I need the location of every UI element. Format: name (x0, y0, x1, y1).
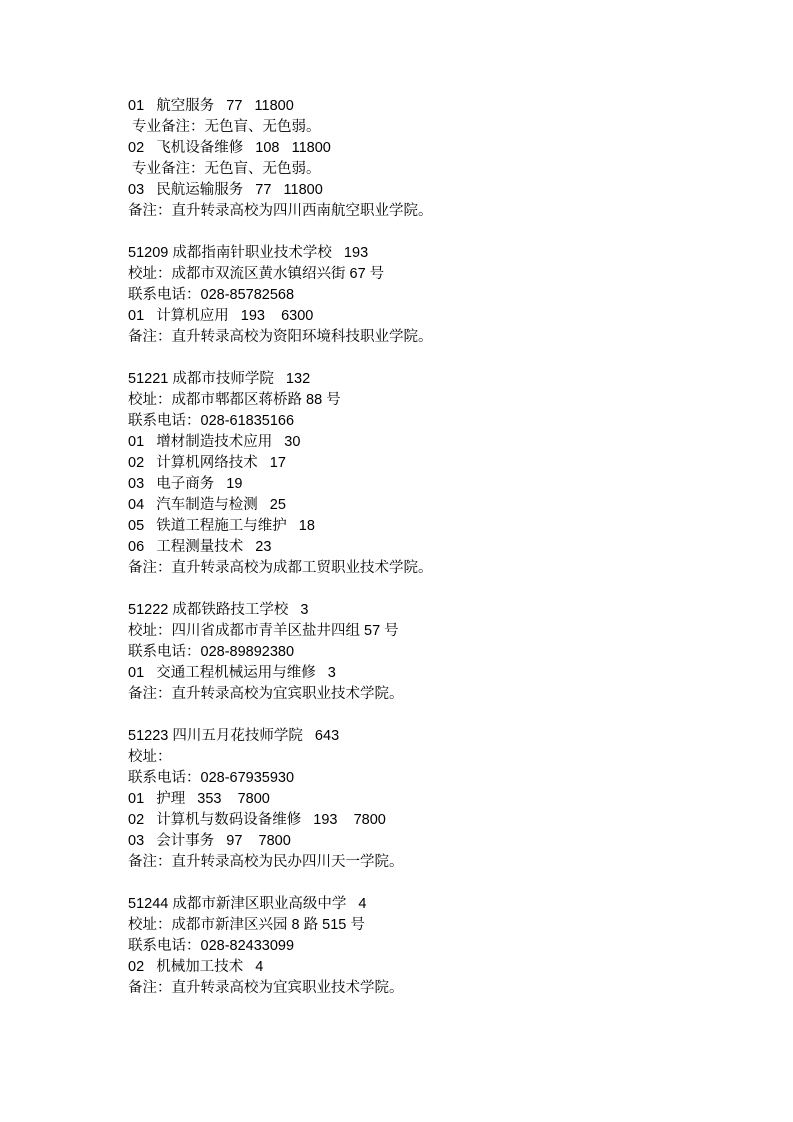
blank-line (128, 348, 753, 369)
blank-line (128, 873, 753, 894)
school-header-line: 51244 成都市新津区职业高级中学 4 (128, 894, 753, 915)
phone-line: 联系电话：028-61835166 (128, 411, 753, 432)
school-block-51222: 51222 成都铁路技工学校 3校址：四川省成都市青羊区盐井四组 57 号联系电… (128, 600, 753, 705)
school-block-51244: 51244 成都市新津区职业高级中学 4校址：成都市新津区兴园 8 路 515 … (128, 894, 753, 999)
major-note-line: 专业备注：无色盲、无色弱。 (128, 159, 753, 180)
major-note-line: 专业备注：无色盲、无色弱。 (128, 117, 753, 138)
school-note-line: 备注：直升转录高校为宜宾职业技术学院。 (128, 684, 753, 705)
major-line: 01 计算机应用 193 6300 (128, 306, 753, 327)
school-note-line: 备注：直升转录高校为宜宾职业技术学院。 (128, 978, 753, 999)
address-line: 校址： (128, 747, 753, 768)
blank-line (128, 222, 753, 243)
address-line: 校址：成都市新津区兴园 8 路 515 号 (128, 915, 753, 936)
address-line: 校址：成都市郫都区蒋桥路 88 号 (128, 390, 753, 411)
major-line: 03 会计事务 97 7800 (128, 831, 753, 852)
address-line: 校址：四川省成都市青羊区盐井四组 57 号 (128, 621, 753, 642)
blank-line (128, 579, 753, 600)
major-line: 01 增材制造技术应用 30 (128, 432, 753, 453)
blank-line (128, 705, 753, 726)
major-line: 06 工程测量技术 23 (128, 537, 753, 558)
school-note-line: 备注：直升转录高校为成都工贸职业技术学院。 (128, 558, 753, 579)
school-header-line: 51222 成都铁路技工学校 3 (128, 600, 753, 621)
major-line: 02 计算机与数码设备维修 193 7800 (128, 810, 753, 831)
major-line: 03 民航运输服务 77 11800 (128, 180, 753, 201)
school-header-line: 51223 四川五月花技师学院 643 (128, 726, 753, 747)
major-line: 02 飞机设备维修 108 11800 (128, 138, 753, 159)
phone-line: 联系电话：028-82433099 (128, 936, 753, 957)
document-body: 01 航空服务 77 11800 专业备注：无色盲、无色弱。02 飞机设备维修 … (0, 0, 793, 999)
major-line: 04 汽车制造与检测 25 (128, 495, 753, 516)
school-note-line: 备注：直升转录高校为民办四川天一学院。 (128, 852, 753, 873)
document-page: 01 航空服务 77 11800 专业备注：无色盲、无色弱。02 飞机设备维修 … (0, 0, 793, 1122)
major-line: 02 机械加工技术 4 (128, 957, 753, 978)
phone-line: 联系电话：028-67935930 (128, 768, 753, 789)
address-line: 校址：成都市双流区黄水镇绍兴街 67 号 (128, 264, 753, 285)
major-line: 05 铁道工程施工与维护 18 (128, 516, 753, 537)
school-block-continued: 01 航空服务 77 11800 专业备注：无色盲、无色弱。02 飞机设备维修 … (128, 96, 753, 222)
school-note-line: 备注：直升转录高校为资阳环境科技职业学院。 (128, 327, 753, 348)
major-line: 01 护理 353 7800 (128, 789, 753, 810)
school-block-51209: 51209 成都指南针职业技术学校 193校址：成都市双流区黄水镇绍兴街 67 … (128, 243, 753, 348)
major-line: 01 航空服务 77 11800 (128, 96, 753, 117)
school-header-line: 51209 成都指南针职业技术学校 193 (128, 243, 753, 264)
school-header-line: 51221 成都市技师学院 132 (128, 369, 753, 390)
major-line: 02 计算机网络技术 17 (128, 453, 753, 474)
phone-line: 联系电话：028-85782568 (128, 285, 753, 306)
phone-line: 联系电话：028-89892380 (128, 642, 753, 663)
school-note-line: 备注：直升转录高校为四川西南航空职业学院。 (128, 201, 753, 222)
major-line: 03 电子商务 19 (128, 474, 753, 495)
major-line: 01 交通工程机械运用与维修 3 (128, 663, 753, 684)
school-block-51223: 51223 四川五月花技师学院 643校址：联系电话：028-679359300… (128, 726, 753, 873)
school-block-51221: 51221 成都市技师学院 132校址：成都市郫都区蒋桥路 88 号联系电话：0… (128, 369, 753, 579)
